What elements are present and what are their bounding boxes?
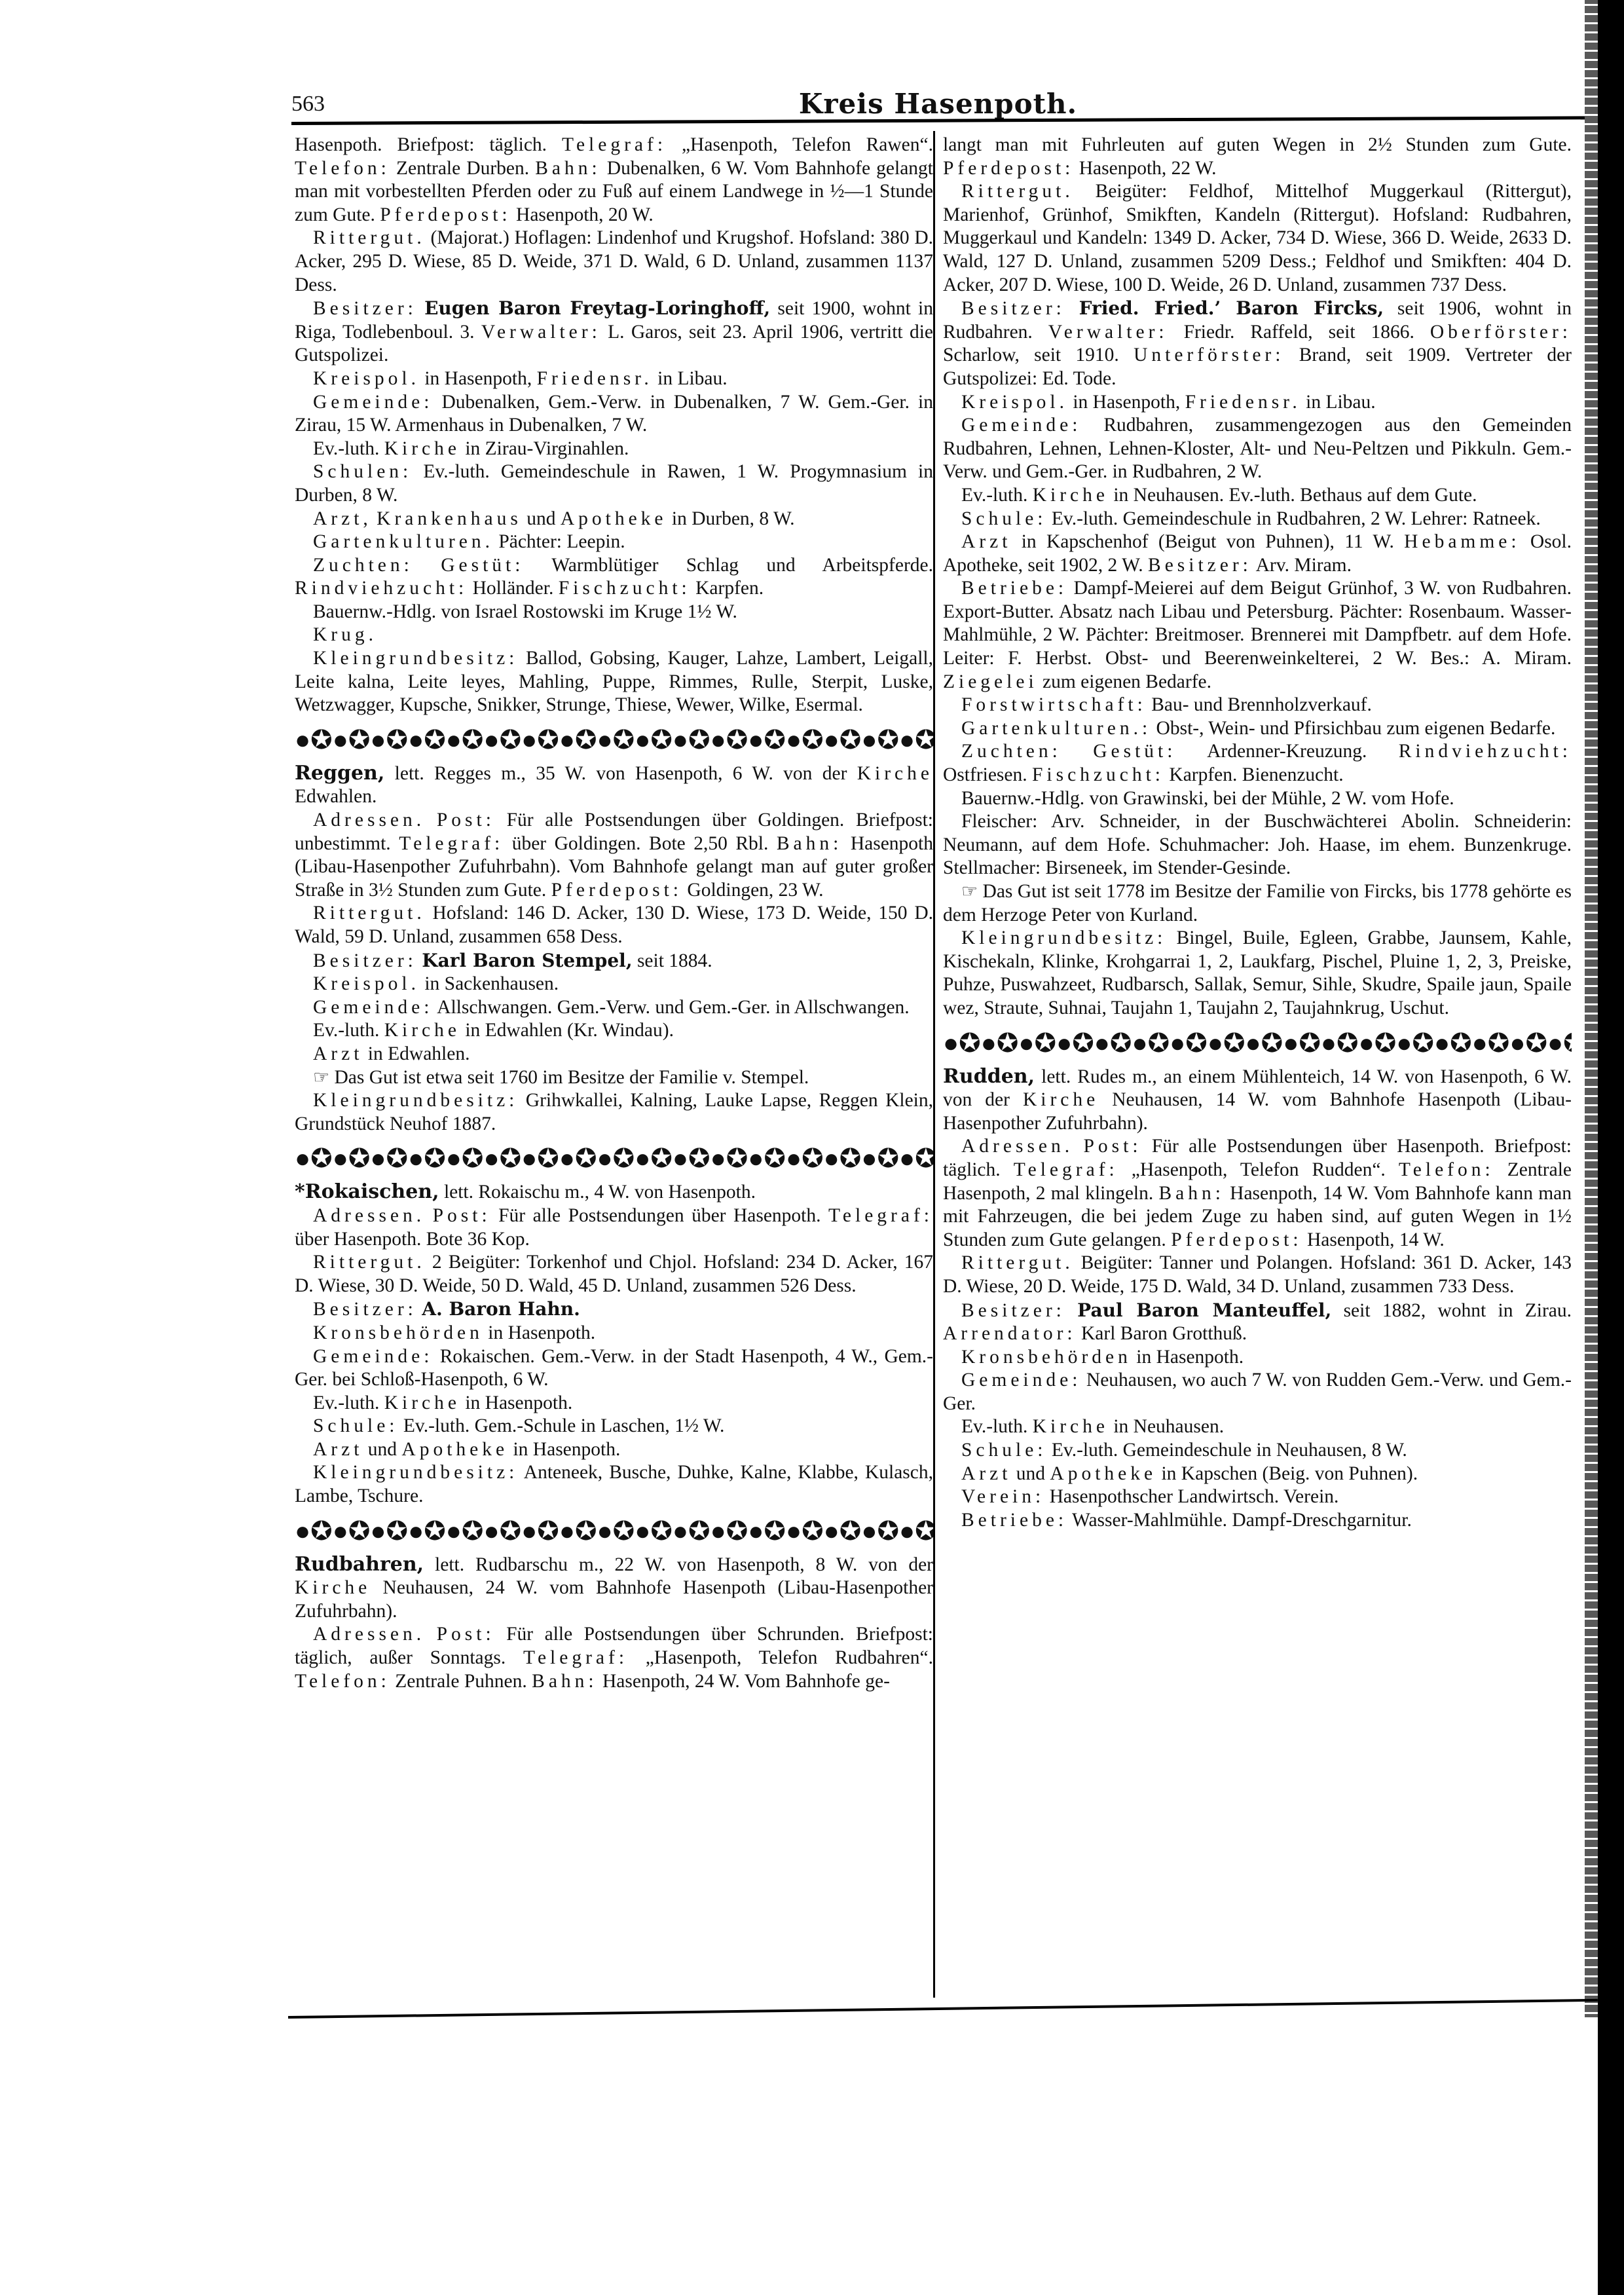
- filled-circle-icon: ●: [899, 1145, 915, 1172]
- star-circle-icon: ✪: [764, 1518, 786, 1545]
- paragraph: Rittergut. Beigüter: Feldhof, Mittelhof …: [943, 180, 1572, 297]
- page-title: Kreis Hasenpoth.: [291, 88, 1585, 120]
- paragraph: Krug.: [295, 624, 933, 647]
- star-circle-icon: ✪: [500, 1518, 522, 1545]
- paragraph: Kleingrundbesitz: Bingel, Buile, Egleen,…: [943, 927, 1572, 1020]
- star-circle-icon: ✪: [1412, 1030, 1434, 1057]
- estate-name: Rudbahren,: [295, 1553, 424, 1576]
- label: Besitzer:: [961, 1300, 1065, 1321]
- owner-name: Fried. Fried.’ Baron Fircks,: [1079, 297, 1384, 319]
- label: Besitzer:: [313, 298, 417, 319]
- pointing-hand-icon: ☞: [961, 882, 978, 902]
- star-circle-icon: ✪: [386, 726, 409, 754]
- paragraph: Betriebe: Dampf-Meierei auf dem Beigut G…: [943, 577, 1572, 694]
- filled-circle-icon: ●: [559, 726, 575, 754]
- filled-circle-icon: ●: [483, 726, 499, 754]
- paragraph: Gemeinde: Neuhausen, wo auch 7 W. von Ru…: [943, 1369, 1572, 1415]
- paragraph: Arzt in Edwahlen.: [295, 1043, 933, 1066]
- label: Besitzer:: [313, 950, 417, 971]
- paragraph: Bauernw.-Hdlg. von Israel Rostowski im K…: [295, 601, 933, 624]
- star-circle-icon: ✪: [1035, 1030, 1057, 1057]
- scanned-page: 563 Kreis Hasenpoth. Hasenpoth. Briefpos…: [0, 0, 1624, 2295]
- filled-circle-icon: ●: [748, 1518, 764, 1545]
- filled-circle-icon: ●: [1018, 1030, 1034, 1057]
- paragraph: Rudden, lett. Rudes m., an einem Mühlent…: [943, 1065, 1572, 1136]
- filled-circle-icon: ●: [635, 1145, 650, 1172]
- star-circle-icon: ✪: [613, 1145, 635, 1172]
- paragraph: Ev.-luth. Kirche in Neuhausen. Ev.-luth.…: [943, 484, 1572, 508]
- paragraph: Hasenpoth. Briefpost: täglich. Telegraf:…: [295, 134, 933, 227]
- star-circle-icon: ✪: [764, 726, 786, 754]
- paragraph: Zuchten: Gestüt: Ardenner-Kreuzung. Rind…: [943, 740, 1572, 787]
- star-circle-icon: ✪: [1261, 1030, 1283, 1057]
- filled-circle-icon: ●: [408, 1145, 424, 1172]
- filled-circle-icon: ●: [1472, 1030, 1488, 1057]
- star-circle-icon: ✪: [726, 1145, 748, 1172]
- star-circle-icon: ✪: [1563, 1030, 1572, 1057]
- filled-circle-icon: ●: [408, 726, 424, 754]
- left-column: Hasenpoth. Briefpost: täglich. Telegraf:…: [295, 134, 933, 1693]
- paragraph: Schulen: Ev.-luth. Gemeindeschule in Raw…: [295, 460, 933, 507]
- star-circle-icon: ✪: [650, 726, 673, 754]
- filled-circle-icon: ●: [673, 1518, 688, 1545]
- page-edge-binding: [1598, 0, 1624, 2295]
- star-circle-icon: ✪: [613, 726, 635, 754]
- filled-circle-icon: ●: [861, 1518, 877, 1545]
- filled-circle-icon: ●: [333, 726, 348, 754]
- filled-circle-icon: ●: [1132, 1030, 1147, 1057]
- star-circle-icon: ✪: [424, 1518, 446, 1545]
- column-divider: [933, 131, 935, 1998]
- estate-entry: Rudden, lett. Rudes m., an einem Mühlent…: [943, 1065, 1572, 1533]
- star-circle-icon: ✪: [537, 1145, 559, 1172]
- filled-circle-icon: ●: [1396, 1030, 1412, 1057]
- filled-circle-icon: ●: [333, 1518, 348, 1545]
- paragraph: ☞ Das Gut ist seit 1778 im Besitze der F…: [943, 880, 1572, 927]
- star-circle-icon: ✪: [1072, 1030, 1094, 1057]
- star-circle-icon: ✪: [462, 726, 484, 754]
- filled-circle-icon: ●: [786, 726, 802, 754]
- paragraph: Gemeinde: Rudbahren, zusammengezogen aus…: [943, 414, 1572, 484]
- estate-name: Reggen,: [295, 762, 384, 785]
- filled-circle-icon: ●: [597, 1518, 613, 1545]
- star-circle-icon: ✪: [915, 726, 933, 754]
- star-circle-icon: ✪: [1299, 1030, 1321, 1057]
- star-circle-icon: ✪: [310, 1145, 333, 1172]
- star-circle-icon: ✪: [1337, 1030, 1359, 1057]
- star-circle-icon: ✪: [1148, 1030, 1170, 1057]
- star-circle-icon: ✪: [348, 726, 371, 754]
- star-circle-icon: ✪: [877, 726, 899, 754]
- paragraph: Arzt, Krankenhaus und Apotheke in Durben…: [295, 508, 933, 531]
- filled-circle-icon: ●: [710, 726, 726, 754]
- estate-entry-continued: Hasenpoth. Briefpost: täglich. Telegraf:…: [295, 134, 933, 717]
- star-circle-icon: ✪: [915, 1145, 933, 1172]
- paragraph: Kronsbehörden in Hasenpoth.: [295, 1322, 933, 1345]
- star-circle-icon: ✪: [575, 1518, 597, 1545]
- star-circle-icon: ✪: [997, 1030, 1019, 1057]
- paragraph: Besitzer: A. Baron Hahn.: [295, 1297, 933, 1322]
- paragraph: Zuchten: Gestüt: Warmblütiger Schlag und…: [295, 554, 933, 601]
- paragraph: Kreispol. in Hasenpoth, Friedensr. in Li…: [295, 367, 933, 391]
- filled-circle-icon: ●: [295, 726, 310, 754]
- estate-name: Rudden,: [943, 1065, 1035, 1088]
- filled-circle-icon: ●: [370, 1145, 386, 1172]
- filled-circle-icon: ●: [1170, 1030, 1185, 1057]
- paragraph: Rittergut. 2 Beigüter: Torkenhof und Chj…: [295, 1251, 933, 1297]
- paragraph: Rittergut. Hofsland: 146 D. Acker, 130 D…: [295, 902, 933, 948]
- paragraph: Gemeinde: Allschwangen. Gem.-Verw. und G…: [295, 996, 933, 1020]
- filled-circle-icon: ●: [824, 1145, 840, 1172]
- paragraph: Arzt in Kapschenhof (Beigut von Puhnen),…: [943, 531, 1572, 577]
- paragraph: Reggen, lett. Regges m., 35 W. von Hasen…: [295, 762, 933, 809]
- paragraph: Ev.-luth. Kirche in Hasenpoth.: [295, 1392, 933, 1415]
- filled-circle-icon: ●: [1246, 1030, 1261, 1057]
- star-circle-icon: ✪: [462, 1518, 484, 1545]
- filled-circle-icon: ●: [446, 1518, 462, 1545]
- owner-name: Karl Baron Stempel,: [422, 950, 632, 971]
- paragraph: Besitzer: Paul Baron Manteuffel, seit 18…: [943, 1299, 1572, 1346]
- star-circle-icon: ✪: [840, 1518, 862, 1545]
- star-circle-icon: ✪: [613, 1518, 635, 1545]
- filled-circle-icon: ●: [786, 1518, 802, 1545]
- owner-name: A. Baron Hahn.: [422, 1298, 580, 1320]
- paragraph: Schule: Ev.-luth. Gem.-Schule in Laschen…: [295, 1415, 933, 1438]
- star-circle-icon: ✪: [688, 726, 710, 754]
- filled-circle-icon: ●: [559, 1145, 575, 1172]
- filled-circle-icon: ●: [824, 1518, 840, 1545]
- filled-circle-icon: ●: [1056, 1030, 1072, 1057]
- filled-circle-icon: ●: [710, 1145, 726, 1172]
- star-circle-icon: ✪: [537, 726, 559, 754]
- estate-entry: Reggen, lett. Regges m., 35 W. von Hasen…: [295, 762, 933, 1136]
- star-circle-icon: ✪: [1375, 1030, 1397, 1057]
- paragraph: Kreispol. in Sackenhausen.: [295, 973, 933, 996]
- paragraph: Forstwirtschaft: Bau- und Brennholzverka…: [943, 694, 1572, 717]
- filled-circle-icon: ●: [1547, 1030, 1563, 1057]
- star-circle-icon: ✪: [424, 1145, 446, 1172]
- star-circle-icon: ✪: [500, 1145, 522, 1172]
- filled-circle-icon: ●: [370, 726, 386, 754]
- filled-circle-icon: ●: [1434, 1030, 1450, 1057]
- paragraph: Adressen. Post: Für alle Postsendungen ü…: [943, 1135, 1572, 1252]
- star-circle-icon: ✪: [650, 1145, 673, 1172]
- paragraph: Schule: Ev.-luth. Gemeindeschule in Neuh…: [943, 1439, 1572, 1463]
- filled-circle-icon: ●: [333, 1145, 348, 1172]
- label: Besitzer:: [961, 298, 1065, 319]
- paragraph: Besitzer: Fried. Fried.’ Baron Fircks, s…: [943, 297, 1572, 390]
- paragraph: Ev.-luth. Kirche in Neuhausen.: [943, 1415, 1572, 1439]
- paragraph: Rudbahren, lett. Rudbarschu m., 22 W. vo…: [295, 1553, 933, 1624]
- star-circle-icon: ✪: [1450, 1030, 1472, 1057]
- star-circle-icon: ✪: [310, 1518, 333, 1545]
- paragraph: Kleingrundbesitz: Anteneek, Busche, Duhk…: [295, 1461, 933, 1508]
- estate-entry: Rudbahren, lett. Rudbarschu m., 22 W. vo…: [295, 1553, 933, 1694]
- paragraph: Kreispol. in Hasenpoth, Friedensr. in Li…: [943, 391, 1572, 415]
- filled-circle-icon: ●: [446, 726, 462, 754]
- paragraph: *Rokaischen, lett. Rokaischu m., 4 W. vo…: [295, 1180, 933, 1204]
- star-circle-icon: ✪: [1488, 1030, 1510, 1057]
- filled-circle-icon: ●: [1359, 1030, 1375, 1057]
- paragraph: Gemeinde: Rokaischen. Gem.-Verw. in der …: [295, 1345, 933, 1392]
- ornament-divider: ●✪●✪●✪●✪●✪●✪●✪●✪●✪●✪●✪●✪●✪●✪●✪●✪●✪●✪●✪: [295, 1145, 933, 1174]
- paragraph: Gartenkulturen. Pächter: Leepin.: [295, 531, 933, 554]
- filled-circle-icon: ●: [748, 726, 764, 754]
- filled-circle-icon: ●: [521, 1518, 537, 1545]
- paragraph: Kleingrundbesitz: Grihwkallei, Kalning, …: [295, 1089, 933, 1136]
- filled-circle-icon: ●: [295, 1145, 310, 1172]
- filled-circle-icon: ●: [597, 726, 613, 754]
- star-circle-icon: ✪: [575, 1145, 597, 1172]
- paragraph: Rittergut. (Majorat.) Hoflagen: Lindenho…: [295, 227, 933, 297]
- paragraph: Verein: Hasenpothscher Landwirtsch. Vere…: [943, 1485, 1572, 1509]
- filled-circle-icon: ●: [635, 1518, 650, 1545]
- star-circle-icon: ✪: [575, 726, 597, 754]
- filled-circle-icon: ●: [295, 1518, 310, 1545]
- filled-circle-icon: ●: [899, 1518, 915, 1545]
- filled-circle-icon: ●: [408, 1518, 424, 1545]
- star-circle-icon: ✪: [500, 726, 522, 754]
- estate-entry: *Rokaischen, lett. Rokaischu m., 4 W. vo…: [295, 1180, 933, 1508]
- filled-circle-icon: ●: [483, 1145, 499, 1172]
- filled-circle-icon: ●: [1283, 1030, 1299, 1057]
- estate-entry-continued: langt man mit Fuhrleuten auf guten Wegen…: [943, 134, 1572, 1020]
- star-circle-icon: ✪: [348, 1145, 371, 1172]
- paragraph: Ev.-luth. Kirche in Zirau-Virginahlen.: [295, 438, 933, 461]
- star-circle-icon: ✪: [424, 726, 446, 754]
- star-circle-icon: ✪: [959, 1030, 981, 1057]
- star-circle-icon: ✪: [764, 1145, 786, 1172]
- paragraph: Schule: Ev.-luth. Gemeindeschule in Rudb…: [943, 508, 1572, 531]
- star-circle-icon: ✪: [650, 1518, 673, 1545]
- star-circle-icon: ✪: [348, 1518, 371, 1545]
- star-circle-icon: ✪: [1110, 1030, 1132, 1057]
- star-circle-icon: ✪: [915, 1518, 933, 1545]
- star-circle-icon: ✪: [877, 1518, 899, 1545]
- paragraph: Besitzer: Eugen Baron Freytag-Loringhoff…: [295, 297, 933, 367]
- star-circle-icon: ✪: [726, 726, 748, 754]
- filled-circle-icon: ●: [861, 1145, 877, 1172]
- filled-circle-icon: ●: [559, 1518, 575, 1545]
- paragraph: Fleischer: Arv. Schneider, in der Buschw…: [943, 810, 1572, 880]
- paragraph: Gemeinde: Dubenalken, Gem.-Verw. in Dube…: [295, 391, 933, 438]
- star-circle-icon: ✪: [688, 1518, 710, 1545]
- page-edge-shadow: [1585, 0, 1598, 2017]
- filled-circle-icon: ●: [446, 1145, 462, 1172]
- filled-circle-icon: ●: [597, 1145, 613, 1172]
- label: Besitzer:: [313, 1299, 417, 1320]
- star-circle-icon: ✪: [386, 1145, 409, 1172]
- filled-circle-icon: ●: [521, 1145, 537, 1172]
- paragraph: Arzt und Apotheke in Hasenpoth.: [295, 1438, 933, 1462]
- filled-circle-icon: ●: [1208, 1030, 1223, 1057]
- ornament-divider: ●✪●✪●✪●✪●✪●✪●✪●✪●✪●✪●✪●✪●✪●✪●✪●✪●✪●✪●✪: [295, 1518, 933, 1546]
- filled-circle-icon: ●: [981, 1030, 997, 1057]
- bottom-rule: [288, 1999, 1598, 2019]
- star-circle-icon: ✪: [537, 1518, 559, 1545]
- paragraph: ☞ Das Gut ist etwa seit 1760 im Besitze …: [295, 1066, 933, 1090]
- star-circle-icon: ✪: [1223, 1030, 1246, 1057]
- filled-circle-icon: ●: [635, 726, 650, 754]
- owner-name: Paul Baron Manteuffel,: [1077, 1299, 1331, 1321]
- owner-name: Eugen Baron Freytag-Loringhoff,: [424, 297, 770, 319]
- paragraph: Adressen. Post: Für alle Postsendungen ü…: [295, 809, 933, 902]
- star-circle-icon: ✪: [462, 1145, 484, 1172]
- filled-circle-icon: ●: [861, 726, 877, 754]
- star-circle-icon: ✪: [688, 1145, 710, 1172]
- filled-circle-icon: ●: [899, 726, 915, 754]
- paragraph: Besitzer: Karl Baron Stempel, seit 1884.: [295, 949, 933, 973]
- right-column: langt man mit Fuhrleuten auf guten Wegen…: [943, 134, 1572, 1532]
- filled-circle-icon: ●: [521, 726, 537, 754]
- ornament-divider: ●✪●✪●✪●✪●✪●✪●✪●✪●✪●✪●✪●✪●✪●✪●✪●✪●✪●✪●✪: [295, 726, 933, 755]
- estate-name: *Rokaischen,: [295, 1180, 439, 1203]
- filled-circle-icon: ●: [483, 1518, 499, 1545]
- filled-circle-icon: ●: [824, 726, 840, 754]
- pointing-hand-icon: ☞: [313, 1068, 329, 1088]
- filled-circle-icon: ●: [1509, 1030, 1525, 1057]
- star-circle-icon: ✪: [840, 1145, 862, 1172]
- paragraph: Rittergut. Beigüter: Tanner und Polangen…: [943, 1252, 1572, 1298]
- star-circle-icon: ✪: [1185, 1030, 1208, 1057]
- paragraph: Betriebe: Wasser-Mahlmühle. Dampf-Dresch…: [943, 1509, 1572, 1533]
- paragraph: Kleingrundbesitz: Ballod, Gobsing, Kauge…: [295, 647, 933, 717]
- paragraph: Kronsbehörden in Hasenpoth.: [943, 1346, 1572, 1370]
- filled-circle-icon: ●: [1321, 1030, 1337, 1057]
- star-circle-icon: ✪: [310, 726, 333, 754]
- star-circle-icon: ✪: [802, 726, 824, 754]
- star-circle-icon: ✪: [802, 1145, 824, 1172]
- paragraph: Bauernw.-Hdlg. von Grawinski, bei der Mü…: [943, 787, 1572, 811]
- paragraph: Adressen. Post: Für alle Postsendungen ü…: [295, 1623, 933, 1693]
- filled-circle-icon: ●: [1094, 1030, 1110, 1057]
- filled-circle-icon: ●: [673, 1145, 688, 1172]
- paragraph: Gartenkulturen.: Obst-, Wein- und Pfirsi…: [943, 717, 1572, 741]
- filled-circle-icon: ●: [710, 1518, 726, 1545]
- filled-circle-icon: ●: [943, 1030, 959, 1057]
- paragraph: Arzt und Apotheke in Kapschen (Beig. von…: [943, 1463, 1572, 1486]
- filled-circle-icon: ●: [370, 1518, 386, 1545]
- paragraph: Adressen. Post: Für alle Postsendungen ü…: [295, 1204, 933, 1251]
- paragraph: langt man mit Fuhrleuten auf guten Wegen…: [943, 134, 1572, 180]
- star-circle-icon: ✪: [726, 1518, 748, 1545]
- star-circle-icon: ✪: [840, 726, 862, 754]
- filled-circle-icon: ●: [748, 1145, 764, 1172]
- star-circle-icon: ✪: [386, 1518, 409, 1545]
- star-circle-icon: ✪: [802, 1518, 824, 1545]
- star-circle-icon: ✪: [877, 1145, 899, 1172]
- paragraph: Ev.-luth. Kirche in Edwahlen (Kr. Windau…: [295, 1019, 933, 1043]
- star-circle-icon: ✪: [1525, 1030, 1547, 1057]
- filled-circle-icon: ●: [673, 726, 688, 754]
- filled-circle-icon: ●: [786, 1145, 802, 1172]
- ornament-divider: ●✪●✪●✪●✪●✪●✪●✪●✪●✪●✪●✪●✪●✪●✪●✪●✪●✪●✪●✪: [943, 1030, 1572, 1058]
